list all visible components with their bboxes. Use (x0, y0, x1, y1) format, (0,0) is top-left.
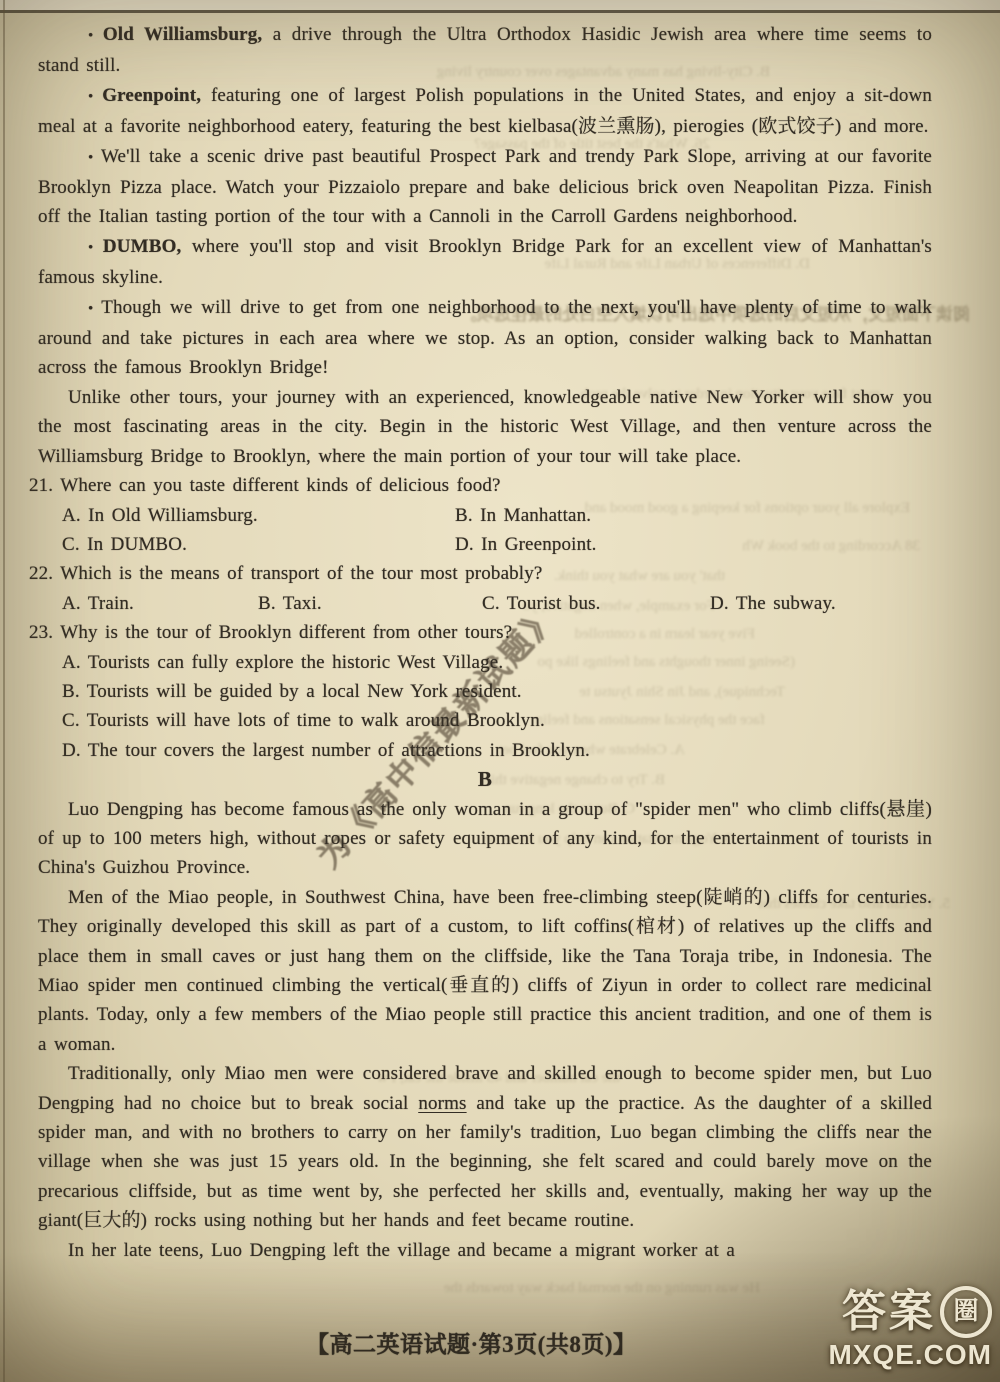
option-B: B. Taxi. (258, 589, 482, 618)
option-A: A. Train. (62, 589, 258, 618)
bullet-bold-lead: DUMBO, (103, 236, 192, 257)
question-stem: 22. Which is the means of transport of t… (29, 559, 932, 588)
page-footer: 【高二英语试题·第3页(共8页)】 (306, 1326, 637, 1359)
underlined-word: norms (418, 1093, 466, 1114)
question-stem: 23. Why is the tour of Brooklyn differen… (29, 618, 932, 647)
bullet-icon: • (88, 301, 101, 317)
question-stem: 21. Where can you taste different kinds … (29, 471, 932, 500)
question-21: 21. Where can you taste different kinds … (29, 471, 932, 559)
option-C: C. Tourists will have lots of time to wa… (62, 706, 932, 735)
question-number: 21. (29, 475, 60, 496)
passage-paragraph: Men of the Miao people, in Southwest Chi… (38, 883, 932, 1059)
site-watermark-circle-icon: 圈 (940, 1286, 992, 1338)
bullet-icon: • (88, 240, 103, 256)
question-22: 22. Which is the means of transport of t… (29, 559, 932, 618)
option-B: B. In Manhattan. (455, 501, 932, 530)
site-watermark-domain: MXQE.COM (828, 1338, 992, 1372)
option-D: D. The subway. (710, 589, 836, 618)
bullet-item: • DUMBO, where you'll stop and visit Bro… (38, 232, 932, 293)
site-watermark: 答案 圈 MXQE.COM (828, 1286, 992, 1372)
site-watermark-brand-text: 答案 (842, 1288, 936, 1336)
bullet-icon: • (88, 28, 103, 44)
exam-page-text: • Old Williamsburg, a drive through the … (38, 20, 932, 1265)
question-number: 22. (29, 563, 60, 584)
bullet-item: • Though we will drive to get from one n… (38, 293, 932, 383)
section-heading: B (38, 765, 932, 794)
option-C: C. In DUMBO. (62, 530, 455, 559)
photo-top-edge-line (0, 10, 1000, 13)
option-A: A. Tourists can fully explore the histor… (62, 648, 932, 677)
options-group: A. Train.B. Taxi.C. Tourist bus.D. The s… (62, 589, 932, 618)
question-number: 23. (29, 622, 60, 643)
bullet-item: • Old Williamsburg, a drive through the … (38, 20, 932, 81)
option-B: B. Tourists will be guided by a local Ne… (62, 677, 932, 706)
bullet-bold-lead: Greenpoint, (102, 85, 211, 106)
photo-top-strip (0, 0, 1000, 10)
passage-paragraph: Luo Dengping has become famous as the on… (38, 795, 932, 883)
bullet-item: • Greenpoint, featuring one of largest P… (38, 81, 932, 142)
question-23: 23. Why is the tour of Brooklyn differen… (29, 618, 932, 765)
option-D: D. In Greenpoint. (455, 530, 932, 559)
bullet-item: • We'll take a scenic drive past beautif… (38, 142, 932, 232)
site-watermark-brand: 答案 圈 (828, 1286, 992, 1338)
option-A: A. In Old Williamsburg. (62, 501, 455, 530)
options-group: A. Tourists can fully explore the histor… (29, 648, 932, 766)
photo-left-edge-line (3, 0, 5, 1382)
option-C: C. Tourist bus. (482, 589, 710, 618)
options-group: A. In Old Williamsburg.B. In Manhattan.C… (62, 501, 932, 560)
bullet-icon: • (88, 89, 102, 105)
passage-paragraph: Unlike other tours, your journey with an… (38, 383, 932, 471)
bullet-bold-lead: Old Williamsburg, (103, 24, 273, 45)
option-D: D. The tour covers the largest number of… (62, 736, 932, 765)
bullet-icon: • (88, 150, 101, 166)
